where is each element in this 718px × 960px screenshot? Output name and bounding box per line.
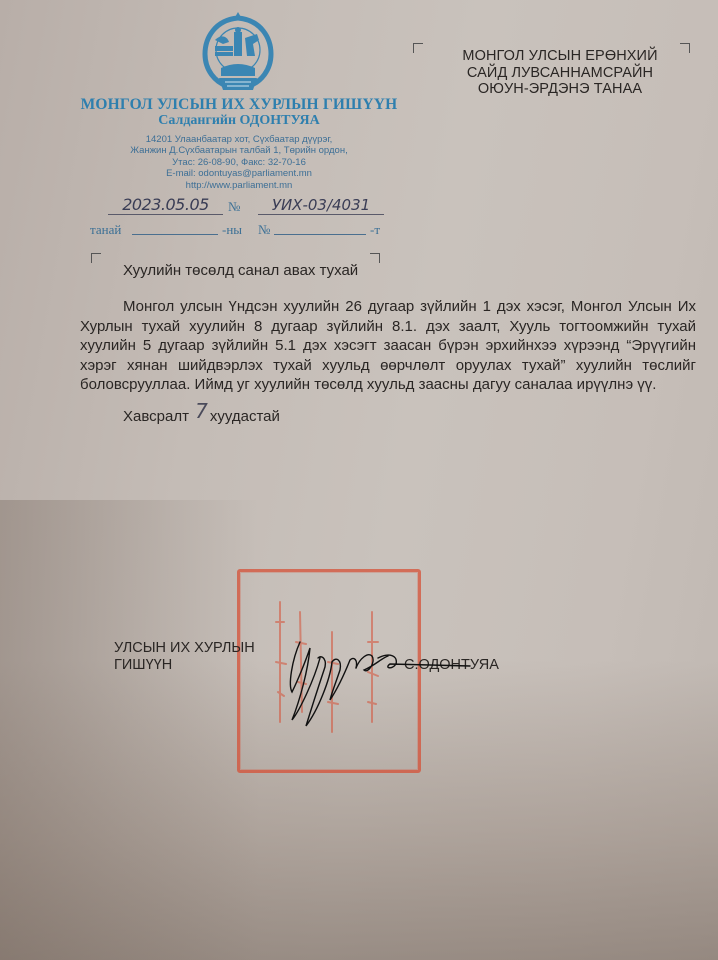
recipient-line-2: САЙД ЛУВСАННАМСРАЙН <box>440 65 680 82</box>
contact-address-line-1: 14201 Улаанбаатар хот, Сүхбаатар дүүрэг, <box>80 134 398 145</box>
handwritten-signature-icon <box>270 630 500 730</box>
subject-bracket-left <box>91 253 101 263</box>
registration-number: УИХ-03/4031 <box>258 196 384 215</box>
your-date-blank <box>132 222 218 235</box>
recipient-bracket-right <box>680 43 690 53</box>
reference-line: 2023.05.05 № УИХ-03/4031 <box>88 196 384 218</box>
paper-shadow-left <box>0 500 260 960</box>
contact-address-line-2: Жанжин Д.Сүхбаатарын талбай 1, Төрийн ор… <box>80 145 398 156</box>
letterhead-organization: МОНГОЛ УЛСЫН ИХ ХУРЛЫН ГИШҮҮН <box>80 96 398 114</box>
recipient-line-1: МОНГОЛ УЛСЫН ЕРӨНХИЙ <box>440 48 680 65</box>
your-reference-mid: -ны <box>222 222 242 238</box>
subject-bracket-right <box>370 253 380 263</box>
contact-phone-fax: Утас: 26-08-90, Факс: 32-70-16 <box>80 157 398 168</box>
attachment-note: Хавсралт 7хуудастай <box>123 402 280 426</box>
your-reference-suffix: -т <box>370 222 380 238</box>
recipient-line-3: ОЮУН-ЭРДЭНЭ ТАНАА <box>440 81 680 98</box>
your-number-label: № <box>258 222 270 238</box>
contact-email: E-mail: odontuyas@parliament.mn <box>80 168 398 179</box>
attachment-prefix: Хавсралт <box>123 408 189 425</box>
your-reference-line: танай -ны № -т <box>90 222 382 240</box>
signatory-title-line-1: УЛСЫН ИХ ХУРЛЫН <box>114 640 255 657</box>
signatory-title-line-2: ГИШҮҮН <box>114 657 255 674</box>
letter-date: 2023.05.05 <box>108 196 223 215</box>
signatory-title: УЛСЫН ИХ ХУРЛЫН ГИШҮҮН <box>114 640 255 673</box>
recipient-block: МОНГОЛ УЛСЫН ЕРӨНХИЙ САЙД ЛУВСАННАМСРАЙН… <box>440 48 680 98</box>
letterhead-contact: 14201 Улаанбаатар хот, Сүхбаатар дүүрэг,… <box>80 134 398 191</box>
your-reference-prefix: танай <box>90 222 121 238</box>
letterhead-member-name: Салдангийн ОДОНТУЯА <box>80 113 398 129</box>
number-label: № <box>228 199 240 215</box>
letter-body: Монгол улсын Үндсэн хуулийн 26 дугаар зү… <box>80 297 696 395</box>
contact-website: http://www.parliament.mn <box>80 180 398 191</box>
recipient-bracket-left <box>413 43 423 53</box>
letter-subject: Хуулийн төсөлд санал авах тухай <box>123 262 358 279</box>
mongolian-state-emblem-icon <box>197 10 279 98</box>
attachment-page-count: 7 <box>195 399 208 423</box>
your-number-blank <box>274 222 366 235</box>
attachment-suffix: хуудастай <box>210 408 280 425</box>
